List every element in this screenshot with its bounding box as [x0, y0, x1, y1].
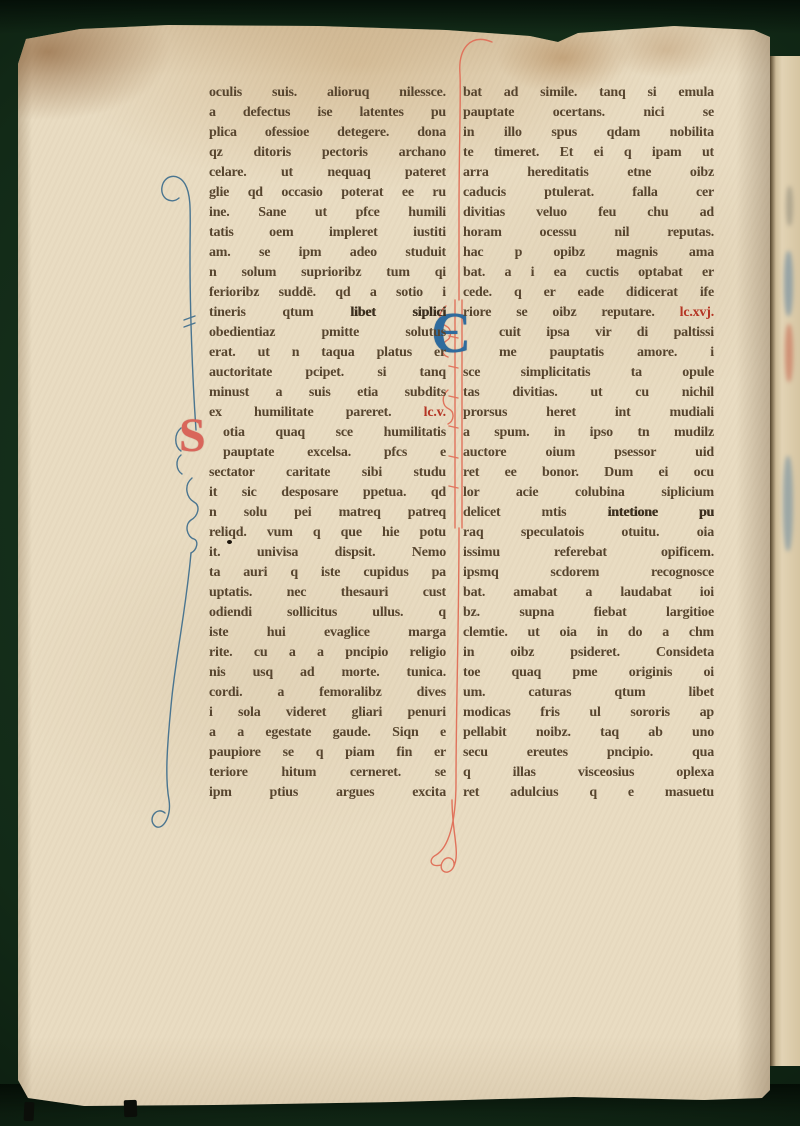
- manuscript-text-line: nis usq ad morte. tunica.: [209, 663, 446, 683]
- text-run: hac p opibz magnis ama: [463, 245, 714, 260]
- rubric-chapter-marker: lc.v.: [424, 405, 446, 420]
- text-run: a spum. in ipso tn mudilz: [463, 425, 714, 440]
- manuscript-text-line: oculis suis. alioruq nilessce.: [209, 83, 446, 103]
- text-run: otia quaq sce humilitatis: [223, 425, 446, 440]
- text-run: a a egestate gaude. Siqn e: [209, 725, 446, 740]
- text-run: ret ee bonor. Dum ei ocu: [463, 465, 714, 480]
- manuscript-text-line: plica ofessioe detegere. dona: [209, 123, 446, 143]
- manuscript-text-line: delicet mtis intetione pu: [463, 503, 714, 523]
- manuscript-text-line: bat. amabat a laudabat ioi: [463, 583, 714, 603]
- text-run: bz. supna fiebat largitioe: [463, 605, 714, 620]
- manuscript-text-line: raq speculatois otuitu. oia: [463, 523, 714, 543]
- folio-edge-blue-decoration: [784, 251, 793, 316]
- text-run: i sola videret gliari penuri: [209, 705, 446, 720]
- text-run: issimu referebat opificem.: [463, 545, 714, 560]
- manuscript-text-line: it. univisa dispsit. Nemo: [209, 543, 446, 563]
- manuscript-text-line: bz. supna fiebat largitioe: [463, 603, 714, 623]
- manuscript-text-line: pauptate excelsa. pfcs e: [209, 443, 446, 463]
- text-run: n solum suprioribz tum qi: [209, 265, 446, 280]
- text-run: in oibz psideret. Consideta: [463, 645, 714, 660]
- manuscript-text-line: horam ocessu nil reputas.: [463, 223, 714, 243]
- manuscript-text-line: it sic desposare ppetua. qd: [209, 483, 446, 503]
- text-run: oculis suis. alioruq nilessce.: [209, 85, 446, 100]
- manuscript-text-line: ferioribz suddē. qd a sotio i: [209, 283, 446, 303]
- manuscript-text-line: in illo spus qdam nobilita: [463, 123, 714, 143]
- text-run: ex humilitate pareret.: [209, 405, 424, 420]
- manuscript-text-line: q illas visceosius oplexa: [463, 763, 714, 783]
- manuscript-text-line: n solu pei matreq patreq: [209, 503, 446, 523]
- manuscript-text-line: pauptate ocertans. nici se: [463, 103, 714, 123]
- manuscript-text-line: modicas fris ul sororis ap: [463, 703, 714, 723]
- text-run: ipm ptius argues excita: [209, 785, 446, 800]
- text-run: q illas visceosius oplexa: [463, 765, 714, 780]
- manuscript-text-line: in oibz psideret. Consideta: [463, 643, 714, 663]
- manuscript-text-line: ta auri q iste cupidus pa: [209, 563, 446, 583]
- manuscript-text-line: cordi. a femoralibz dives: [209, 683, 446, 703]
- text-run: bat. a i ea cuctis optabat er: [463, 265, 714, 280]
- manuscript-text-line: am. se ipm adeo studuit: [209, 243, 446, 263]
- text-run: cordi. a femoralibz dives: [209, 685, 446, 700]
- manuscript-text-line: divitias veluo feu chu ad: [463, 203, 714, 223]
- text-run: reliqd. vum q que hie potu: [209, 525, 446, 540]
- manuscript-text-line: toe quaq pme originis oi: [463, 663, 714, 683]
- text-run: intetione pu: [607, 505, 714, 520]
- text-run: pauptate excelsa. pfcs e: [223, 445, 446, 460]
- text-run: arra hereditatis etne oibz: [463, 165, 714, 180]
- text-run: cede. q er eade didicerat ife: [463, 285, 714, 300]
- text-run: um. caturas qtum libet: [463, 685, 714, 700]
- manuscript-text-line: iste hui evaglice marga: [209, 623, 446, 643]
- manuscript-text-line: clemtie. ut oia in do a chm: [463, 623, 714, 643]
- text-run: ferioribz suddē. qd a sotio i: [209, 285, 446, 300]
- manuscript-text-line: a a egestate gaude. Siqn e: [209, 723, 446, 743]
- text-run: auctoritate pcipet. si tanq: [209, 365, 446, 380]
- text-run: rite. cu a a pncipio religio: [209, 645, 446, 660]
- page-clamp: [24, 1102, 35, 1121]
- manuscript-text-line: tatis oem impleret iustiti: [209, 223, 446, 243]
- manuscript-text-line: obedientiaz pmitte solutus: [209, 323, 446, 343]
- manuscript-text-line: cuit ipsa vir di paltissi: [463, 323, 714, 343]
- text-run: ipsmq scdorem recognosce: [463, 565, 714, 580]
- manuscript-text-line: tineris qtum libet siplici: [209, 303, 446, 323]
- text-run: ta auri q iste cupidus pa: [209, 565, 446, 580]
- text-run: plica ofessioe detegere. dona: [209, 125, 446, 140]
- text-run: tas divitias. ut cu nichil: [463, 385, 714, 400]
- text-run: libet siplici: [350, 305, 446, 320]
- text-run: tatis oem impleret iustiti: [209, 225, 446, 240]
- text-run: it. univisa dispsit. Nemo: [209, 545, 446, 560]
- manuscript-text-line: minust a suis etia subdits: [209, 383, 446, 403]
- manuscript-text-line: te timeret. Et ei q ipam ut: [463, 143, 714, 163]
- manuscript-text-line: i sola videret gliari penuri: [209, 703, 446, 723]
- manuscript-text-line: ret ee bonor. Dum ei ocu: [463, 463, 714, 483]
- text-run: nis usq ad morte. tunica.: [209, 665, 446, 680]
- text-run: a defectus ise latentes pu: [209, 105, 446, 120]
- manuscript-text-line: ipsmq scdorem recognosce: [463, 563, 714, 583]
- manuscript-text-line: secu ereutes pncipio. qua: [463, 743, 714, 763]
- manuscript-text-line: erat. ut n taqua platus er: [209, 343, 446, 363]
- manuscript-text-line: riore se oibz reputare. lc.xvj.: [463, 303, 714, 323]
- text-run: ine. Sane ut pfce humili: [209, 205, 446, 220]
- text-run: it sic desposare ppetua. qd: [209, 485, 446, 500]
- manuscript-page: S Є oculis suis. alioruq nilessce.a defe…: [18, 24, 770, 1106]
- manuscript-text-line: caducis ptulerat. falla cer: [463, 183, 714, 203]
- text-run: glie qd occasio poterat ee ru: [209, 185, 446, 200]
- blue-flourish-stem: [162, 176, 196, 430]
- blue-flourish-tail: [152, 553, 191, 827]
- manuscript-text-line: ipm ptius argues excita: [209, 783, 446, 803]
- manuscript-text-line: odiendi sollicitus ullus. q: [209, 603, 446, 623]
- text-run: te timeret. Et ei q ipam ut: [463, 145, 714, 160]
- text-run: bat ad simile. tanq si emula: [463, 85, 714, 100]
- manuscript-text-line: bat ad simile. tanq si emula: [463, 83, 714, 103]
- text-run: caducis ptulerat. falla cer: [463, 185, 714, 200]
- text-run: uptatis. nec thesauri cust: [209, 585, 446, 600]
- blue-filigree-below-initial: [187, 478, 198, 553]
- text-run: pauptate ocertans. nici se: [463, 105, 714, 120]
- text-run: ret adulcius q e masuetu: [463, 785, 714, 800]
- text-run: divitias veluo feu chu ad: [463, 205, 714, 220]
- page-clamp: [124, 1100, 138, 1117]
- manuscript-text-line: teriore hitum cerneret. se: [209, 763, 446, 783]
- manuscript-text-line: reliqd. vum q que hie potu: [209, 523, 446, 543]
- text-run: delicet mtis: [463, 505, 607, 520]
- manuscript-text-line: ret adulcius q e masuetu: [463, 783, 714, 803]
- text-run: lor acie colubina siplicium: [463, 485, 714, 500]
- text-run: am. se ipm adeo studuit: [209, 245, 446, 260]
- page-content-layer: S Є oculis suis. alioruq nilessce.a defe…: [0, 0, 800, 1126]
- text-run: auctore oium psessor uid: [463, 445, 714, 460]
- folio-edge-blue-decoration: [783, 456, 793, 551]
- text-run: sce simplicitatis ta opule: [463, 365, 714, 380]
- manuscript-text-line: auctoritate pcipet. si tanq: [209, 363, 446, 383]
- manuscript-text-line: a defectus ise latentes pu: [209, 103, 446, 123]
- manuscript-text-line: qz ditoris pectoris archano: [209, 143, 446, 163]
- folio-edge-mark: [786, 186, 793, 226]
- text-run: n solu pei matreq patreq: [209, 505, 446, 520]
- text-run: erat. ut n taqua platus er: [209, 345, 446, 360]
- manuscript-text-line: glie qd occasio poterat ee ru: [209, 183, 446, 203]
- manuscript-text-line: uptatis. nec thesauri cust: [209, 583, 446, 603]
- text-column-right: bat ad simile. tanq si emulapauptate oce…: [463, 83, 714, 807]
- manuscript-text-line: rite. cu a a pncipio religio: [209, 643, 446, 663]
- manuscript-text-line: tas divitias. ut cu nichil: [463, 383, 714, 403]
- text-run: minust a suis etia subdits: [209, 385, 446, 400]
- text-run: odiendi sollicitus ullus. q: [209, 605, 446, 620]
- manuscript-text-line: sce simplicitatis ta opule: [463, 363, 714, 383]
- text-run: teriore hitum cerneret. se: [209, 765, 446, 780]
- manuscript-text-line: prorsus heret int mudiali: [463, 403, 714, 423]
- text-run: pellabit noibz. taq ab uno: [463, 725, 714, 740]
- manuscript-text-line: bat. a i ea cuctis optabat er: [463, 263, 714, 283]
- manuscript-text-line: a spum. in ipso tn mudilz: [463, 423, 714, 443]
- initial-s: S: [179, 412, 206, 460]
- text-run: celare. ut nequaq pateret: [209, 165, 446, 180]
- text-run: secu ereutes pncipio. qua: [463, 745, 714, 760]
- manuscript-text-line: issimu referebat opificem.: [463, 543, 714, 563]
- manuscript-text-line: otia quaq sce humilitatis: [209, 423, 446, 443]
- text-run: in illo spus qdam nobilita: [463, 125, 714, 140]
- manuscript-text-line: me pauptatis amore. i: [463, 343, 714, 363]
- text-run: clemtie. ut oia in do a chm: [463, 625, 714, 640]
- manuscript-text-line: ex humilitate pareret. lc.v.: [209, 403, 446, 423]
- manuscript-text-line: ine. Sane ut pfce humili: [209, 203, 446, 223]
- rubric-chapter-marker: lc.xvj.: [680, 305, 714, 320]
- text-run: toe quaq pme originis oi: [463, 665, 714, 680]
- text-run: horam ocessu nil reputas.: [463, 225, 714, 240]
- manuscript-text-line: celare. ut nequaq pateret: [209, 163, 446, 183]
- text-run: qz ditoris pectoris archano: [209, 145, 446, 160]
- text-run: cuit ipsa vir di paltissi: [499, 325, 714, 340]
- manuscript-text-line: sectator caritate sibi studu: [209, 463, 446, 483]
- manuscript-text-line: arra hereditatis etne oibz: [463, 163, 714, 183]
- manuscript-text-line: um. caturas qtum libet: [463, 683, 714, 703]
- text-run: bat. amabat a laudabat ioi: [463, 585, 714, 600]
- manuscript-text-line: n solum suprioribz tum qi: [209, 263, 446, 283]
- next-folio-edge: [768, 56, 800, 1066]
- ink-blot: [227, 540, 232, 544]
- text-run: raq speculatois otuitu. oia: [463, 525, 714, 540]
- text-run: obedientiaz pmitte solutus: [209, 325, 446, 340]
- manuscript-text-line: auctore oium psessor uid: [463, 443, 714, 463]
- folio-edge-red-decoration: [785, 324, 793, 382]
- text-run: sectator caritate sibi studu: [209, 465, 446, 480]
- text-run: paupiore se q piam fin er: [209, 745, 446, 760]
- text-run: modicas fris ul sororis ap: [463, 705, 714, 720]
- manuscript-text-line: hac p opibz magnis ama: [463, 243, 714, 263]
- text-run: tineris qtum: [209, 305, 350, 320]
- blue-flourish-ticks: [184, 316, 195, 327]
- text-run: me pauptatis amore. i: [499, 345, 714, 360]
- text-column-left: oculis suis. alioruq nilessce.a defectus…: [209, 83, 446, 807]
- text-run: prorsus heret int mudiali: [463, 405, 714, 420]
- text-run: riore se oibz reputare.: [463, 305, 680, 320]
- manuscript-text-line: pellabit noibz. taq ab uno: [463, 723, 714, 743]
- text-run: iste hui evaglice marga: [209, 625, 446, 640]
- manuscript-text-line: paupiore se q piam fin er: [209, 743, 446, 763]
- manuscript-text-line: lor acie colubina siplicium: [463, 483, 714, 503]
- manuscript-text-line: cede. q er eade didicerat ife: [463, 283, 714, 303]
